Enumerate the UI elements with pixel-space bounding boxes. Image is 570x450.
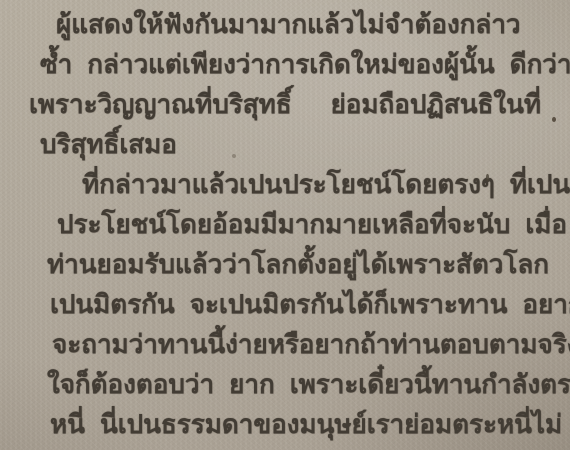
text-segment: ไม่จำต้องกล่าว <box>354 5 520 45</box>
text-segment: โลกตั้งอยู่ได้เพราะสัตวโลก <box>251 245 549 285</box>
text-segment: ผู้แสดงให้ฟังกันมามากแล้ว <box>56 5 354 45</box>
scanned-page: ผู้แสดงให้ฟังกันมามากแล้ว ไม่จำต้องกล่าว… <box>0 0 570 450</box>
text-segment: ย่อมถือปฏิสนธิในที่ <box>331 85 541 125</box>
text-segment: ประโยชน์โดยอ้อมมีมากมายเหลือที่จะนับ เมื… <box>57 205 567 245</box>
text-line: ผู้แสดงให้ฟังกันมามากแล้ว ไม่จำต้องกล่าว <box>56 5 508 45</box>
text-line: ประโยชน์โดยอ้อมมีมากมายเหลือที่จะนับ เมื… <box>57 205 540 245</box>
text-segment: ถ้าท่านตอบตามจริง <box>360 325 570 365</box>
text-segment: ที่กล่าวมาแล้วเปนประโยชน์โดยตรงๆ ที่เปน <box>82 165 570 205</box>
text-segment: เพราะวิญญาณที่บริสุทธิ์ <box>29 85 292 125</box>
text-line: ใจก็ต้องตอบว่า ยาก เพราะเดี๋ยวนี้ทานกำลั… <box>47 365 545 405</box>
text-line: หนี่ นี่เปนธรรมดาของมนุษย์เรา ย่อมตระหนี… <box>50 405 545 445</box>
text-block: ผู้แสดงให้ฟังกันมามากแล้ว ไม่จำต้องกล่าว… <box>0 5 570 445</box>
text-line: ท่านยอมรับแล้วว่า โลกตั้งอยู่ได้เพราะสัต… <box>47 245 540 285</box>
text-segment: ย่อมตระหนี่ไม่ <box>404 405 562 445</box>
text-segment: บริสุทธิ์เสมอ <box>40 125 177 165</box>
text-line: บริสุทธิ์เสมอ <box>40 125 570 165</box>
text-segment: จะถามว่าทานนี้ง่ายหรือยาก <box>52 325 360 365</box>
text-line: จะถามว่าทานนี้ง่ายหรือยาก ถ้าท่านตอบตามจ… <box>52 325 542 365</box>
text-line: ที่กล่าวมาแล้วเปนประโยชน์โดยตรงๆ ที่เปน <box>82 165 540 205</box>
text-line: เพราะวิญญาณที่บริสุทธิ์ ย่อมถือปฏิสนธิใน… <box>29 85 541 125</box>
text-segment: ใจก็ต้องตอบว่า ยาก เพราะเดี๋ยวนี้ทานกำลั… <box>47 365 570 405</box>
text-segment: ท่านยอมรับแล้วว่า <box>47 245 251 285</box>
text-line: เปนมิตรกัน จะเปนมิตรกันได้ก็เพราะทาน อยา… <box>50 285 538 325</box>
text-segment: เปนมิตรกัน จะเปนมิตรกันได้ก็เพราะทาน อยา… <box>50 285 570 325</box>
text-segment: หนี่ นี่เปนธรรมดาของมนุษย์เรา <box>50 405 404 445</box>
text-line: ซ้ำ กล่าวแต่เพียงว่าการเกิดใหม่ของผู้นั้… <box>40 45 542 85</box>
text-segment: ซ้ำ กล่าวแต่เพียงว่าการเกิดใหม่ของผู้นั้… <box>40 45 570 85</box>
